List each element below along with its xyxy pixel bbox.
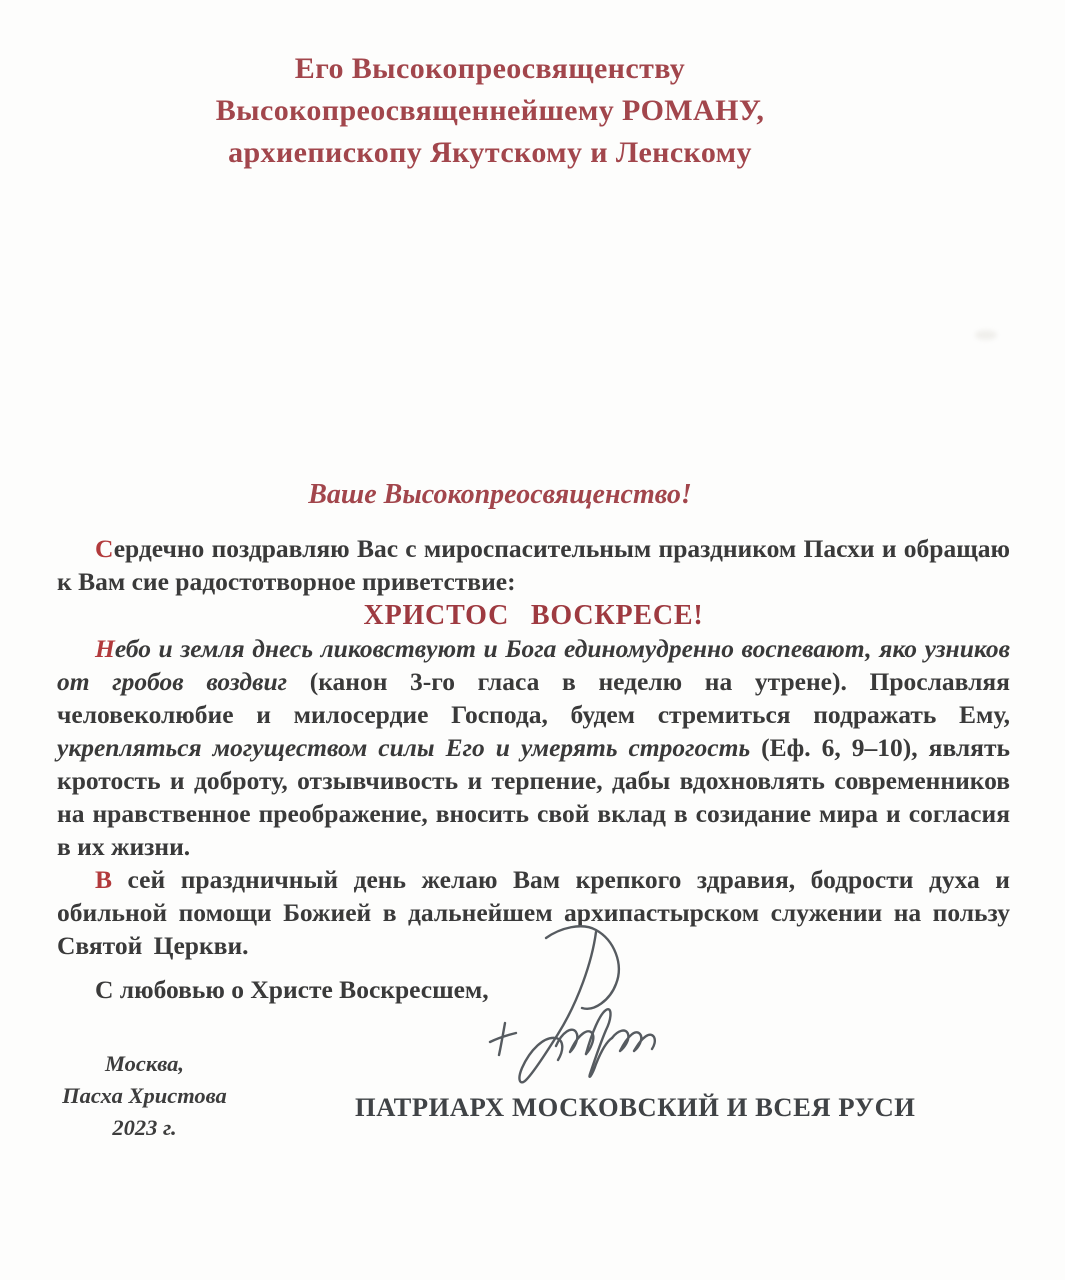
feast-line: Пасха Христова	[47, 1080, 242, 1112]
addressee-line-1: Его Высокопреосвященству	[0, 48, 980, 90]
drop-cap-initial: В	[95, 865, 112, 894]
addressee-line-3: архиепископу Якутскому и Ленскому	[0, 132, 980, 174]
paragraph-greeting: Сердечно поздравляю Вас с мироспасительн…	[57, 532, 1010, 598]
patriarch-title: ПАТРИАРХ МОСКОВСКИЙ И ВСЕЯ РУСИ	[355, 1092, 916, 1123]
place-line: Москва,	[47, 1048, 242, 1080]
paragraph-hymn: Небо и земля днесь ликовствуют и Бога ед…	[57, 632, 1010, 863]
year-line: 2023 г.	[47, 1112, 242, 1144]
scripture-quote-italic: укрепляться могуществом силы Его и умеря…	[57, 733, 761, 762]
drop-cap-initial: Н	[95, 634, 115, 663]
addressee-block: Его Высокопреосвященству Высокопреосвяще…	[0, 48, 980, 174]
scan-smudge	[975, 330, 997, 340]
paragraph-greeting-text: ердечно поздравляю Вас с мироспасительны…	[57, 534, 1010, 596]
patriarch-signature-icon	[484, 922, 664, 1092]
salutation-line: Ваше Высокопреосвященство!	[0, 479, 1000, 511]
place-date-block: Москва, Пасха Христова 2023 г.	[47, 1048, 242, 1144]
addressee-line-2: Высокопреосвященнейшему РОМАНУ,	[0, 90, 980, 132]
drop-cap-initial: С	[95, 534, 114, 563]
letter-page: Его Высокопреосвященству Высокопреосвяще…	[0, 0, 1065, 1280]
paschal-exclamation: ХРИСТОС ВОСКРЕСЕ!	[57, 599, 1010, 632]
